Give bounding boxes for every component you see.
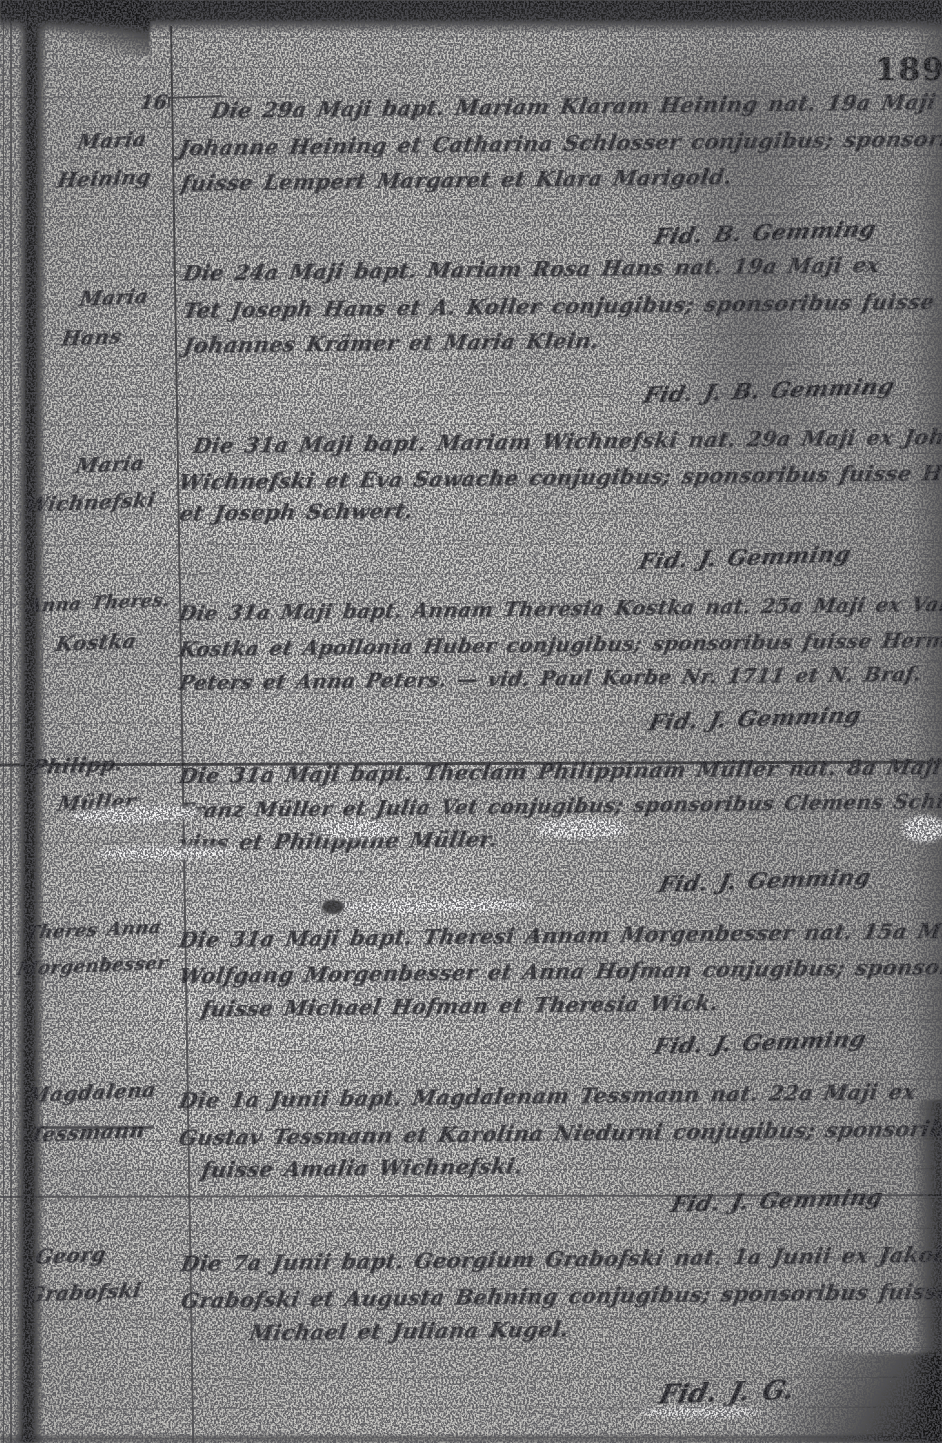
scan-bottom-right-corner-shadow (682, 1353, 942, 1443)
ink-blot (322, 900, 344, 914)
left-edge-rule-1 (3, 0, 4, 1443)
scan-bottom-edge-shadow (0, 1435, 942, 1443)
whiteout-patch (536, 818, 628, 839)
scan-gutter-shadow (15, 0, 46, 1443)
left-edge-rule-2 (10, 0, 12, 1443)
scanned-register-page: 189 16 Maria Heining Die 29a Maji bapt. … (0, 0, 942, 1443)
whiteout-patch (640, 1406, 760, 1418)
scan-smudge-top-right (520, 0, 942, 240)
page-number: 189 (875, 52, 942, 88)
whiteout-patch (315, 820, 395, 839)
whiteout-patch (903, 816, 942, 842)
